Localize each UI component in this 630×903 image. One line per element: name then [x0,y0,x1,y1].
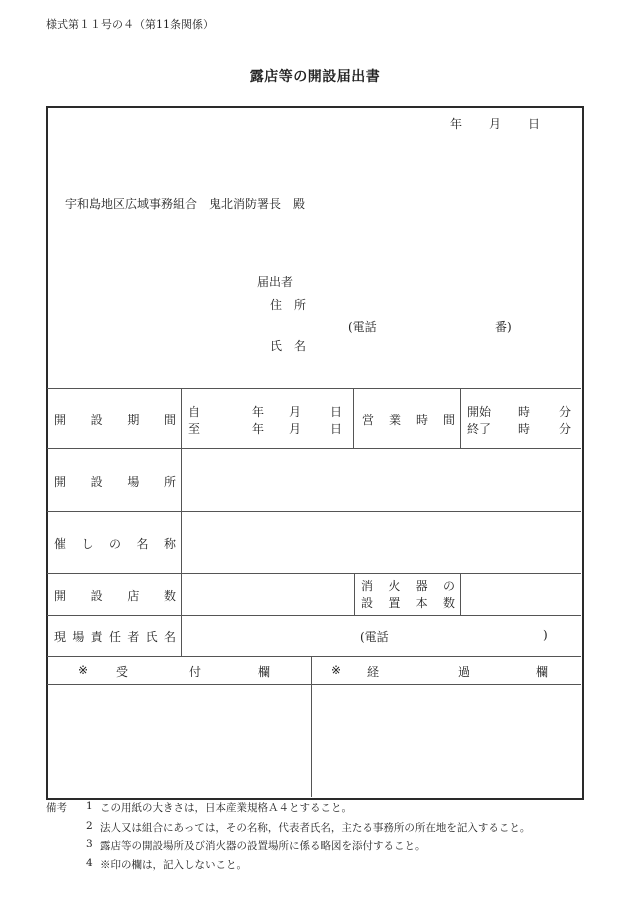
period-to-label: 至 [188,420,200,437]
note-text: この用紙の大きさは，日本産業規格Ａ４とすること。 [100,800,352,815]
note-text: 法人又は組合にあっては，その名称，代表者氏名，主たる事務所の所在地を記入すること… [100,820,530,835]
extinguisher-label-line1: 消 火 器 の [361,577,455,594]
reception-area [48,685,310,796]
end-hour: 時 [518,420,530,437]
notes-heading: 備考 [46,800,67,815]
extinguisher-label-line2: 設 置 本 数 [361,594,455,611]
note-text: ※印の欄は，記入しないこと。 [100,857,247,872]
row-divider [47,448,581,449]
applicant-label: 届出者 [257,273,293,290]
row-divider [47,656,581,657]
col-divider [460,573,461,615]
form-code: 様式第１１号の４（第11条関係） [46,16,214,32]
site-manager-phone-close: ) [543,628,548,642]
row-divider [47,573,581,574]
location-label: 開 設 場 所 [54,473,176,490]
col-divider [354,573,355,615]
reception-char-2: 付 [189,663,201,680]
period-label: 開 設 期 間 [54,411,176,428]
progress-char-2: 過 [458,663,470,680]
reception-char-3: 欄 [258,663,270,680]
site-manager-label: 現 場 責 任 者 氏 名 [54,628,176,645]
date-day-label: 日 [528,115,540,132]
note-number: 4 [86,857,93,869]
note-text: 露店等の開設場所及び消火器の設置場所に係る略図を添付すること。 [100,838,426,853]
progress-area [312,685,580,796]
col-divider [181,388,182,656]
addressee: 宇和島地区広域事務組合 鬼北消防署長 殿 [65,195,305,212]
reception-mark: ※ [78,663,88,677]
phone-open-label: (電話 [348,318,377,335]
note-number: 2 [86,820,93,832]
address-label: 住 所 [270,296,306,313]
from-month: 月 [289,403,301,420]
row-divider [47,615,581,616]
hours-label: 営 業 時 間 [362,411,455,428]
start-minute: 分 [559,403,571,420]
progress-char-3: 欄 [536,663,548,680]
end-label: 終了 [467,420,491,437]
period-from-label: 自 [188,403,200,420]
date-year-label: 年 [450,115,462,132]
to-day: 日 [330,420,342,437]
page-title: 露店等の開設届出書 [0,66,630,86]
col-divider [460,388,461,448]
note-number: 3 [86,838,93,850]
col-divider [353,388,354,448]
event-name-label: 催 し の 名 称 [54,535,176,552]
site-manager-phone-open: (電話 [360,628,389,645]
note-number: 1 [86,800,93,812]
store-count-label: 開 設 店 数 [54,587,176,604]
reception-char-1: 受 [116,663,128,680]
start-label: 開始 [467,403,491,420]
row-divider [47,388,581,389]
to-year: 年 [252,420,264,437]
progress-mark: ※ [331,663,341,677]
row-divider [47,511,581,512]
end-minute: 分 [559,420,571,437]
date-month-label: 月 [489,115,501,132]
phone-close-label: 番) [495,318,512,335]
name-label: 氏 名 [270,337,306,354]
to-month: 月 [289,420,301,437]
progress-char-1: 経 [367,663,379,680]
from-year: 年 [252,403,264,420]
start-hour: 時 [518,403,530,420]
from-day: 日 [330,403,342,420]
